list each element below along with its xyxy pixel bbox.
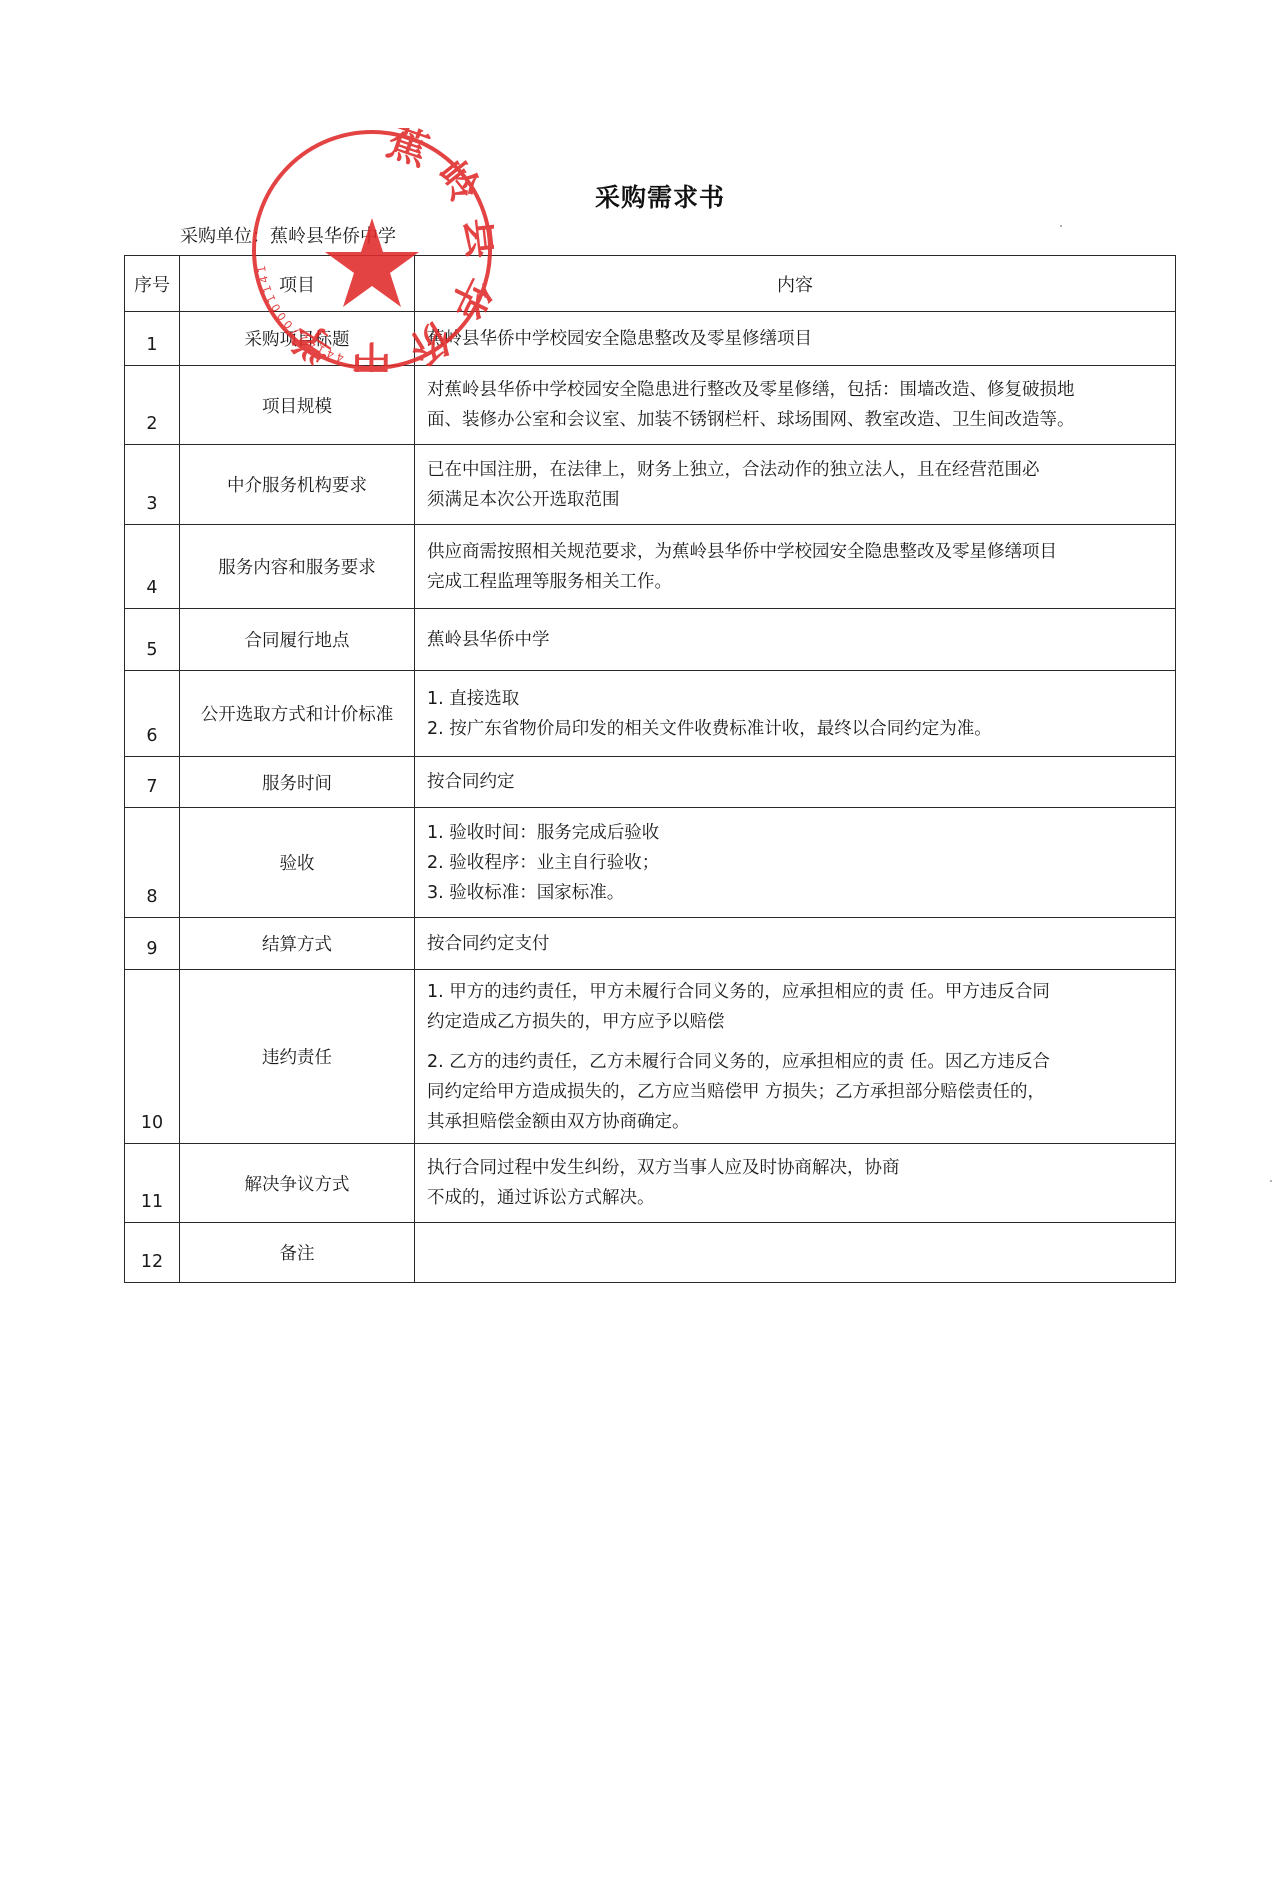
purchasing-unit-value: 蕉岭县华侨中学	[270, 226, 396, 247]
row-content: 供应商需按照相关规范要求，为蕉岭县华侨中学校园安全隐患整改及零星修缮项目完成工程…	[415, 525, 1176, 609]
row-content: 1. 直接选取2. 按广东省物价局印发的相关文件收费标准计收，最终以合同约定为准…	[415, 671, 1176, 757]
header-content: 内容	[415, 256, 1176, 312]
content-line: 蕉岭县华侨中学校园安全隐患整改及零星修缮项目	[427, 324, 1171, 354]
table-row: 5合同履行地点蕉岭县华侨中学	[125, 609, 1176, 671]
content-line: 2. 按广东省物价局印发的相关文件收费标准计收，最终以合同约定为准。	[427, 714, 1171, 744]
row-content: 按合同约定支付	[415, 918, 1176, 970]
table-row: 9结算方式按合同约定支付	[125, 918, 1176, 970]
content-line: 须满足本次公开选取范围	[427, 485, 1171, 515]
row-item: 违约责任	[180, 970, 415, 1144]
content-line: 供应商需按照相关规范要求，为蕉岭县华侨中学校园安全隐患整改及零星修缮项目	[427, 537, 1171, 567]
row-item: 项目规模	[180, 366, 415, 445]
table-row: 12备注	[125, 1223, 1176, 1283]
row-number: 2	[125, 366, 180, 445]
header-item: 项目	[180, 256, 415, 312]
row-number: 5	[125, 609, 180, 671]
purchasing-unit-label: 采购单位：	[180, 226, 270, 247]
row-number: 11	[125, 1144, 180, 1223]
row-number: 6	[125, 671, 180, 757]
content-line: 2. 乙方的违约责任，乙方未履行合同义务的，应承担相应的责 任。因乙方违反合	[427, 1047, 1171, 1077]
table-header-row: 序号 项目 内容	[125, 256, 1176, 312]
row-content: 1. 甲方的违约责任，甲方未履行合同义务的，应承担相应的责 任。甲方违反合同约定…	[415, 970, 1176, 1144]
purchasing-unit: 采购单位：蕉岭县华侨中学	[180, 222, 396, 248]
scan-speck	[1060, 225, 1062, 227]
table-row: 1采购项目标题蕉岭县华侨中学校园安全隐患整改及零星修缮项目	[125, 312, 1176, 366]
table-row: 11解决争议方式执行合同过程中发生纠纷，双方当事人应及时协商解决，协商 不成的，…	[125, 1144, 1176, 1223]
content-line: 按合同约定支付	[427, 929, 1171, 959]
row-number: 10	[125, 970, 180, 1144]
content-line: 完成工程监理等服务相关工作。	[427, 567, 1171, 597]
row-item: 结算方式	[180, 918, 415, 970]
row-number: 4	[125, 525, 180, 609]
content-line: 对蕉岭县华侨中学校园安全隐患进行整改及零星修缮，包括：围墙改造、修复破损地	[427, 375, 1171, 405]
document-title: 采购需求书	[560, 178, 760, 214]
row-content: 执行合同过程中发生纠纷，双方当事人应及时协商解决，协商 不成的，通过诉讼方式解决…	[415, 1144, 1176, 1223]
content-line: 3. 验收标准：国家标准。	[427, 878, 1171, 908]
table-row: 10违约责任1. 甲方的违约责任，甲方未履行合同义务的，应承担相应的责 任。甲方…	[125, 970, 1176, 1144]
row-item: 解决争议方式	[180, 1144, 415, 1223]
content-line: 已在中国注册，在法律上，财务上独立，合法动作的独立法人，且在经营范围必	[427, 455, 1171, 485]
row-item: 公开选取方式和计价标准	[180, 671, 415, 757]
content-line: 1. 验收时间：服务完成后验收	[427, 818, 1171, 848]
row-content: 按合同约定	[415, 757, 1176, 808]
row-number: 12	[125, 1223, 180, 1283]
table-row: 7服务时间按合同约定	[125, 757, 1176, 808]
requirements-table: 序号 项目 内容 1采购项目标题蕉岭县华侨中学校园安全隐患整改及零星修缮项目2项…	[124, 255, 1176, 1283]
row-content: 对蕉岭县华侨中学校园安全隐患进行整改及零星修缮，包括：围墙改造、修复破损地面、装…	[415, 366, 1176, 445]
row-item: 采购项目标题	[180, 312, 415, 366]
table-row: 3中介服务机构要求已在中国注册，在法律上，财务上独立，合法动作的独立法人，且在经…	[125, 445, 1176, 525]
scan-speck	[1270, 1180, 1272, 1182]
content-line: 1. 直接选取	[427, 684, 1171, 714]
row-item: 服务时间	[180, 757, 415, 808]
row-item: 服务内容和服务要求	[180, 525, 415, 609]
row-item: 合同履行地点	[180, 609, 415, 671]
row-content: 蕉岭县华侨中学校园安全隐患整改及零星修缮项目	[415, 312, 1176, 366]
content-line: 1. 甲方的违约责任，甲方未履行合同义务的，应承担相应的责 任。甲方违反合同	[427, 977, 1171, 1007]
row-content: 蕉岭县华侨中学	[415, 609, 1176, 671]
row-item: 备注	[180, 1223, 415, 1283]
row-content	[415, 1223, 1176, 1283]
row-content: 已在中国注册，在法律上，财务上独立，合法动作的独立法人，且在经营范围必须满足本次…	[415, 445, 1176, 525]
row-number: 9	[125, 918, 180, 970]
table-row: 4服务内容和服务要求供应商需按照相关规范要求，为蕉岭县华侨中学校园安全隐患整改及…	[125, 525, 1176, 609]
content-line: 蕉岭县华侨中学	[427, 625, 1171, 655]
content-line: 执行合同过程中发生纠纷，双方当事人应及时协商解决，协商	[427, 1153, 1171, 1183]
content-line: 约定造成乙方损失的，甲方应予以赔偿	[427, 1007, 1171, 1037]
row-number: 1	[125, 312, 180, 366]
content-line: 其承担赔偿金额由双方协商确定。	[427, 1107, 1171, 1137]
row-item: 中介服务机构要求	[180, 445, 415, 525]
table-row: 8验收1. 验收时间：服务完成后验收2. 验收程序：业主自行验收；3. 验收标准…	[125, 808, 1176, 918]
table-row: 2项目规模对蕉岭县华侨中学校园安全隐患进行整改及零星修缮，包括：围墙改造、修复破…	[125, 366, 1176, 445]
table-row: 6公开选取方式和计价标准1. 直接选取2. 按广东省物价局印发的相关文件收费标准…	[125, 671, 1176, 757]
content-line: 面、装修办公室和会议室、加装不锈钢栏杆、球场围网、教室改造、卫生间改造等。	[427, 405, 1171, 435]
row-number: 7	[125, 757, 180, 808]
row-number: 3	[125, 445, 180, 525]
content-line: 按合同约定	[427, 767, 1171, 797]
header-no: 序号	[125, 256, 180, 312]
content-line: 不成的，通过诉讼方式解决。	[427, 1183, 1171, 1213]
row-item: 验收	[180, 808, 415, 918]
row-content: 1. 验收时间：服务完成后验收2. 验收程序：业主自行验收；3. 验收标准：国家…	[415, 808, 1176, 918]
row-number: 8	[125, 808, 180, 918]
content-line: 2. 验收程序：业主自行验收；	[427, 848, 1171, 878]
content-line: 同约定给甲方造成损失的，乙方应当赔偿甲 方损失；乙方承担部分赔偿责任的，	[427, 1077, 1171, 1107]
